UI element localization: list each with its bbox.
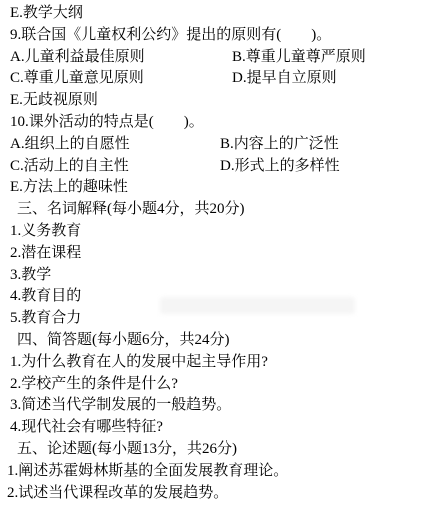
- question-10-options-row-1: A.组织上的自愿性B.内容上的广泛性: [0, 134, 445, 156]
- option-c: C.尊重儿童意见原则: [10, 70, 144, 86]
- question-9-options-row-2: C.尊重儿童意见原则D.提早自立原则: [0, 68, 445, 90]
- question-9-option-e: E.无歧视原则: [0, 90, 445, 112]
- term-item-1: 1.义务教育: [0, 221, 445, 243]
- option-a: A.组织上的自愿性: [10, 136, 130, 152]
- section-heading-terms: 三、名词解释(每小题4分，共20分): [0, 199, 445, 221]
- section-heading-essay: 五、论述题(每小题13分，共26分): [0, 439, 445, 461]
- question-9: 9.联合国《儿童权利公约》提出的原则有( )。: [0, 25, 445, 47]
- term-item-2: 2.潜在课程: [0, 243, 445, 265]
- option-d: D.形式上的多样性: [220, 156, 340, 178]
- section-heading-short-answer: 四、简答题(每小题6分，共24分): [0, 330, 445, 352]
- short-answer-item-2: 2.学校产生的条件是什么?: [0, 374, 445, 396]
- short-answer-item-1: 1.为什么教育在人的发展中起主导作用?: [0, 352, 445, 374]
- option-a: A.儿童利益最佳原则: [10, 49, 145, 65]
- essay-item-2: 2.试述当代课程改革的发展趋势。: [0, 483, 445, 505]
- option-c: C.活动上的自主性: [10, 158, 129, 174]
- essay-item-1: 1.阐述苏霍姆林斯基的全面发展教育理论。: [0, 461, 445, 483]
- question-9-options-row-1: A.儿童利益最佳原则B.尊重儿童尊严原则: [0, 47, 445, 69]
- exam-paper-page: E.教学大纲 9.联合国《儿童权利公约》提出的原则有( )。 A.儿童利益最佳原…: [0, 0, 445, 513]
- question-10-options-row-2: C.活动上的自主性D.形式上的多样性: [0, 156, 445, 178]
- option-d: D.提早自立原则: [232, 68, 337, 90]
- question-10: 10.课外活动的特点是( )。: [0, 112, 445, 134]
- short-answer-item-3: 3.简述当代学制发展的一般趋势。: [0, 395, 445, 417]
- option-b: B.内容上的广泛性: [220, 134, 339, 156]
- short-answer-item-4: 4.现代社会有哪些特征?: [0, 417, 445, 439]
- question-10-option-e: E.方法上的趣味性: [0, 177, 445, 199]
- term-item-4: 4.教育目的: [0, 286, 445, 308]
- term-item-3: 3.教学: [0, 265, 445, 287]
- term-item-5: 5.教育合力: [0, 308, 445, 330]
- option-line-e: E.教学大纲: [0, 3, 445, 25]
- option-b: B.尊重儿童尊严原则: [232, 47, 366, 69]
